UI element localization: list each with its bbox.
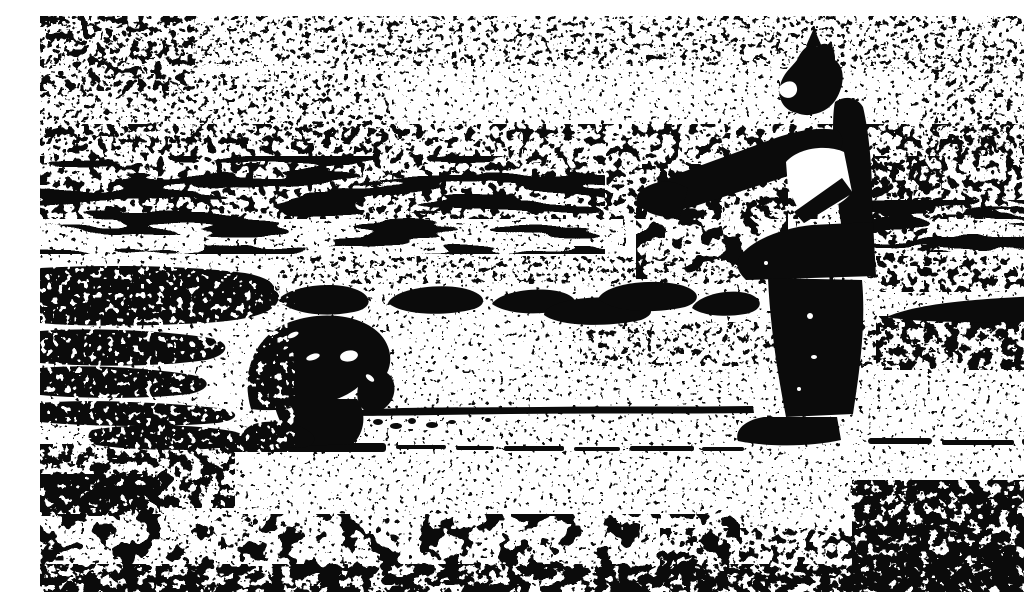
ground-tick — [390, 423, 402, 429]
ground-dash — [504, 446, 564, 451]
grain-patch — [40, 564, 1024, 592]
leg-highlight — [807, 313, 813, 319]
grain-patch — [40, 474, 160, 516]
ground-dash — [396, 445, 446, 449]
ground-dash — [942, 440, 1014, 445]
ground-dash — [574, 447, 620, 451]
leg-highlight — [797, 387, 801, 391]
grain-patch — [876, 256, 1024, 292]
leg-highlight — [811, 355, 817, 359]
grain-patch — [872, 156, 942, 266]
ground-dash — [868, 438, 932, 444]
ground-tick — [485, 418, 491, 422]
ground-dash — [456, 446, 494, 450]
photo-bw-execution-scene: High-contrast black-and-white thresholde… — [40, 16, 1024, 592]
photo-canvas — [40, 16, 1024, 592]
ground-tick — [426, 422, 438, 428]
grain-patch — [876, 316, 1024, 370]
standing-legs — [768, 278, 863, 417]
grain-patch — [40, 156, 605, 254]
ground-tick — [373, 419, 383, 425]
white-grain-patch — [40, 264, 295, 459]
ground-tick — [448, 420, 456, 424]
ground-dash — [702, 447, 744, 451]
ground-tick — [408, 418, 416, 424]
grain-patch — [40, 16, 1024, 66]
waist-highlight — [764, 261, 768, 265]
standing-foot — [737, 417, 841, 445]
ground-dash — [630, 446, 694, 451]
